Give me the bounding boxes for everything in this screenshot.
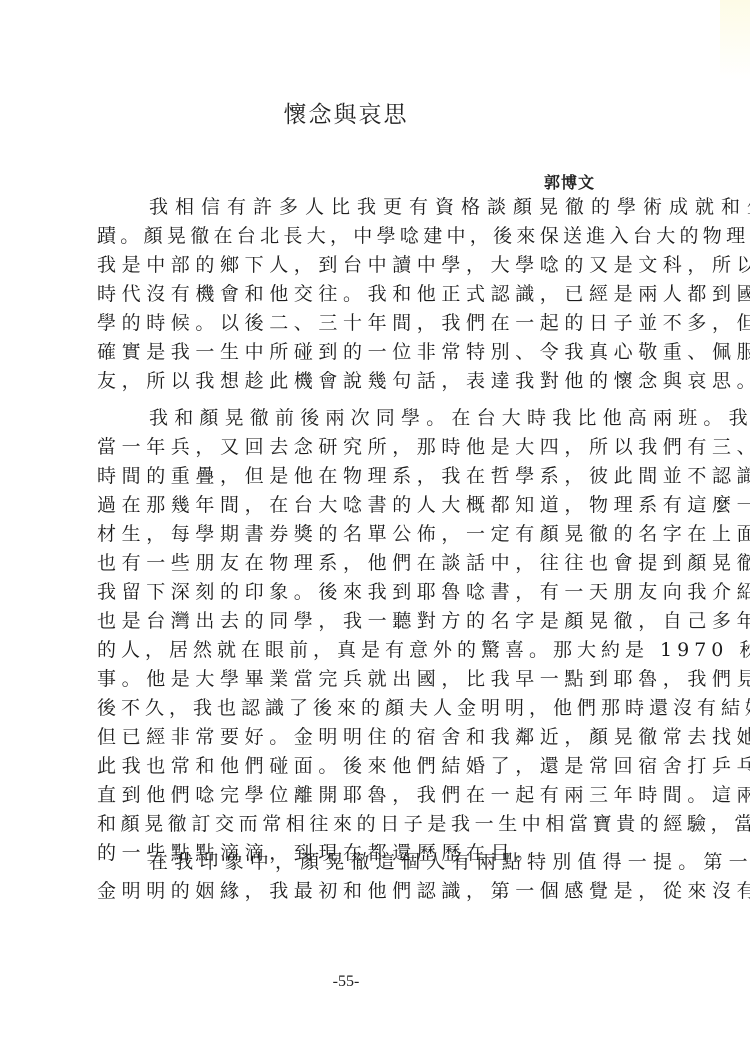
text-line: 後不久，我也認識了後來的顏夫人金明明，他們那時還沒有結婚， bbox=[97, 694, 597, 723]
text-line: 和顏晃徹訂交而常相往來的日子是我一生中相當寶貴的經驗，當時 bbox=[97, 810, 597, 839]
text-line: 當一年兵，又回去念研究所，那時他是大四，所以我們有三、四年 bbox=[97, 433, 597, 462]
text-line: 時間的重疊，但是他在物理系，我在哲學系，彼此間並不認識。不 bbox=[97, 462, 597, 491]
paragraph-3: 在我印象中，顏晃徹這個人有兩點特別值得一提。第一是他和 金明明的姻緣，我最初和他… bbox=[97, 848, 597, 906]
text-line: 友，所以我想趁此機會說幾句話，表達我對他的懷念與哀思。 bbox=[97, 367, 597, 396]
text-line: 此我也常和他們碰面。後來他們結婚了，還是常回宿舍打乒乓球。 bbox=[97, 752, 597, 781]
text-line: 金明明的姻緣，我最初和他們認識，第一個感覺是，從來沒有看過 bbox=[97, 877, 597, 906]
text-line: 我和顏晃徹前後兩次同學。在台大時我比他高兩班。我畢業後 bbox=[97, 404, 597, 433]
text-line: 確實是我一生中所碰到的一位非常特別、令我真心敬重、佩服的朋 bbox=[97, 338, 597, 367]
scan-edge-tint bbox=[720, 0, 750, 80]
text-line: 蹟。顏晃徹在台北長大，中學唸建中，後來保送進入台大的物理系。 bbox=[97, 222, 597, 251]
text-line: 我留下深刻的印象。後來我到耶魯唸書，有一天朋友向我介紹一位 bbox=[97, 578, 597, 607]
text-line: 也是台灣出去的同學，我一聽對方的名字是顏晃徹，自己多年心儀 bbox=[97, 607, 597, 636]
text-line: 材生，每學期書券獎的名單公佈，一定有顏晃徹的名字在上面。我 bbox=[97, 520, 597, 549]
text-line: 我是中部的鄉下人，到台中讀中學，大學唸的又是文科，所以少年 bbox=[97, 251, 597, 280]
text-line: 在我印象中，顏晃徹這個人有兩點特別值得一提。第一是他和 bbox=[97, 848, 597, 877]
page-title: 懷念與哀思 bbox=[0, 96, 692, 129]
text-line: 但已經非常要好。金明明住的宿舍和我鄰近，顏晃徹常去找她，因 bbox=[97, 723, 597, 752]
author-name: 郭博文 bbox=[544, 170, 595, 193]
text-line: 我相信有許多人比我更有資格談顏晃徹的學術成就和生平事 bbox=[97, 193, 597, 222]
text-line: 事。他是大學畢業當完兵就出國，比我早一點到耶魯，我們見面以 bbox=[97, 665, 597, 694]
text-line: 學的時候。以後二、三十年間，我們在一起的日子並不多，但是他 bbox=[97, 309, 597, 338]
text-line: 直到他們唸完學位離開耶魯，我們在一起有兩三年時間。這兩三年 bbox=[97, 781, 597, 810]
text-line: 時代沒有機會和他交往。我和他正式認識，已經是兩人都到國外留 bbox=[97, 280, 597, 309]
text-line: 過在那幾年間，在台大唸書的人大概都知道，物理系有這麼一位高 bbox=[97, 491, 597, 520]
page-number: -55- bbox=[0, 973, 692, 991]
paragraph-2: 我和顏晃徹前後兩次同學。在台大時我比他高兩班。我畢業後 當一年兵，又回去念研究所… bbox=[97, 404, 597, 868]
text-line: 的人，居然就在眼前，真是有意外的驚喜。那大約是 1970 秋天的 bbox=[97, 636, 597, 665]
text-line: 也有一些朋友在物理系，他們在談話中，往往也會提到顏晃徹，使 bbox=[97, 549, 597, 578]
paragraph-1: 我相信有許多人比我更有資格談顏晃徹的學術成就和生平事 蹟。顏晃徹在台北長大，中學… bbox=[97, 193, 597, 396]
